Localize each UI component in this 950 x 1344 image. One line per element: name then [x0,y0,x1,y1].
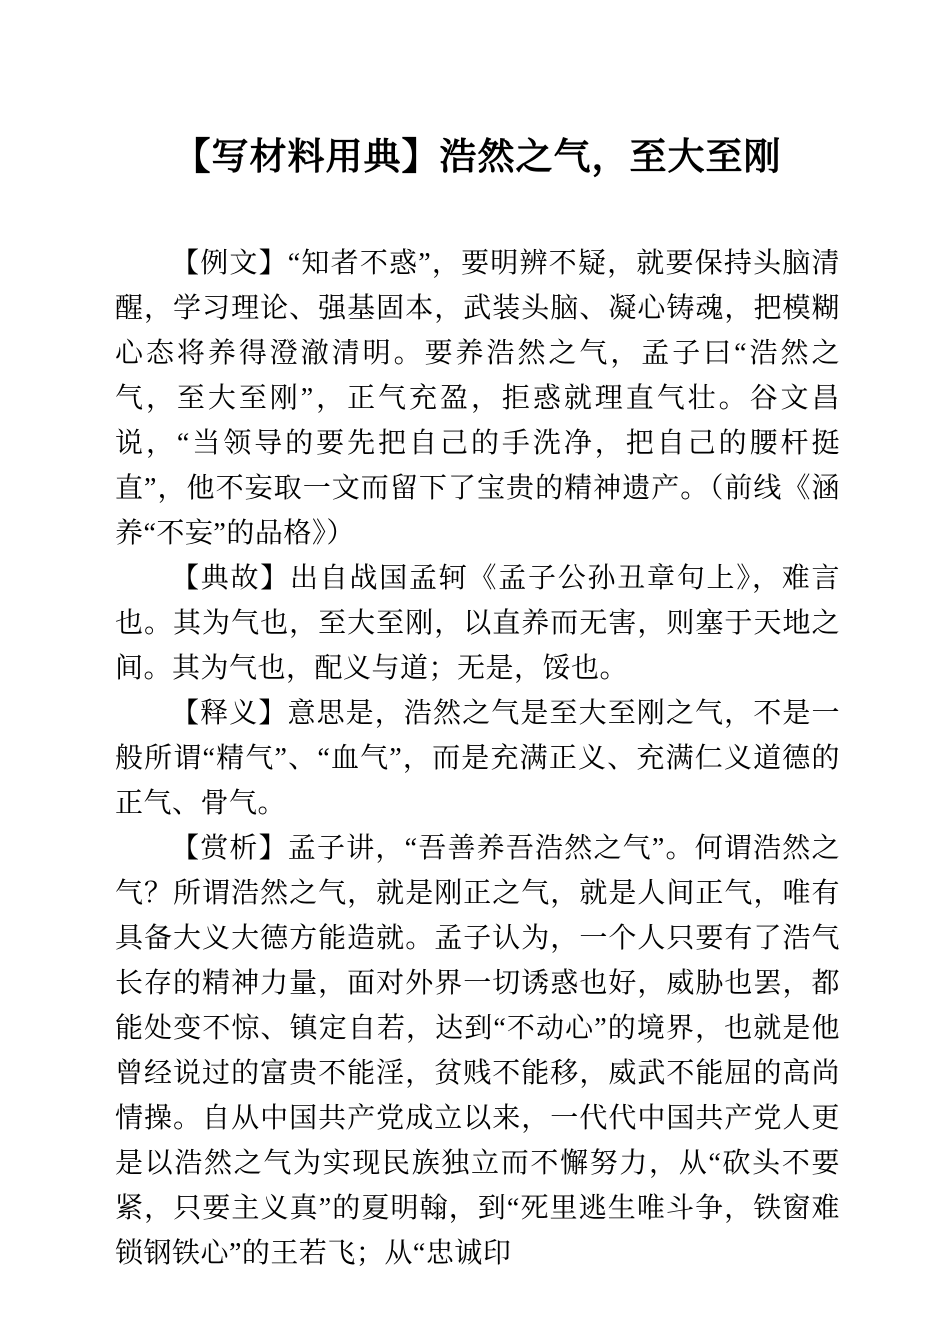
document-body: 【例文】“知者不惑”，要明辨不疑，就要保持头脑清醒，学习理论、强基固本，武装头脑… [115,241,840,1276]
document-page: 【写材料用典】浩然之气，至大至刚 【例文】“知者不惑”，要明辨不疑，就要保持头脑… [0,0,950,1344]
document-title: 【写材料用典】浩然之气，至大至刚 [115,135,840,181]
paragraph-shangxi: 【赏析】孟子讲，“吾善养吾浩然之气”。何谓浩然之气？所谓浩然之气，就是刚正之气，… [115,826,840,1276]
paragraph-liwen: 【例文】“知者不惑”，要明辨不疑，就要保持头脑清醒，学习理论、强基固本，武装头脑… [115,241,840,556]
paragraph-diangu: 【典故】出自战国孟轲《孟子公孙丑章句上》，难言也。其为气也，至大至刚，以直养而无… [115,556,840,691]
paragraph-shiyi: 【释义】意思是，浩然之气是至大至刚之气，不是一般所谓“精气”、“血气”，而是充满… [115,691,840,826]
